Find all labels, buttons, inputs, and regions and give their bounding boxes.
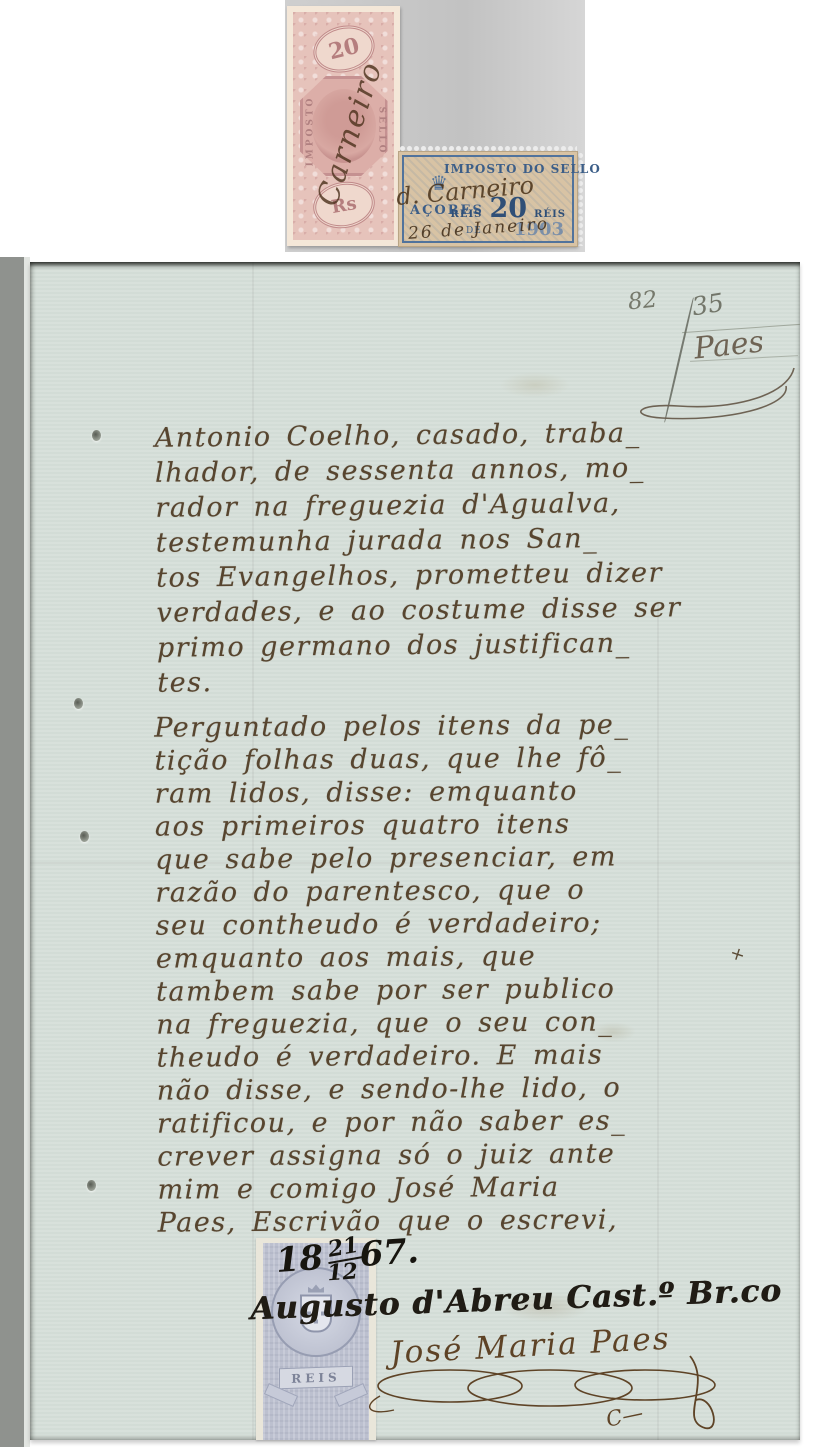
stamp-side-text-left: IMPOSTO [305, 96, 315, 167]
manuscript-paragraph-1: Antonio Coelho, casado, traba_ lhador, d… [155, 415, 683, 700]
stamp-engraving: 20 IMPOSTO SELLO Rs Carneiro [293, 12, 394, 240]
manuscript-line: ratificou, e por não saber es_ [157, 1104, 632, 1140]
scan-background-strip [0, 257, 24, 1447]
stamp-reis-banner: REIS [279, 1366, 353, 1390]
manuscript-line: crever assigna só o juiz ante [157, 1137, 632, 1173]
folio-number: 82 [627, 287, 659, 316]
manuscript-line: aos primeiros quatro itens [155, 807, 630, 843]
signature-flourish [618, 360, 808, 420]
punch-hole [80, 831, 89, 842]
date-year: 67. [358, 1231, 420, 1275]
margin-mark: + [727, 942, 748, 967]
manuscript-line: tambem sabe por ser publico [156, 972, 631, 1008]
paper-stain [500, 372, 570, 398]
stamp-side-text-right: SELLO [377, 107, 387, 156]
manuscript-line: Antonio Coelho, casado, traba_ [155, 415, 680, 455]
scan-canvas: 20 IMPOSTO SELLO Rs Carneiro IMPOSTO DO … [0, 0, 815, 1447]
fold-line [657, 602, 659, 1440]
date-month: 12 [324, 1260, 360, 1284]
manuscript-line: lhador, de sessenta annos, mo_ [155, 450, 680, 490]
date-century: 18 [275, 1238, 325, 1281]
manuscript-line: theudo é verdadeiro. E mais [156, 1038, 631, 1074]
revenue-stamp-blue: IMPOSTO DO SELLO ♛ AÇORES RÉIS 20 RÉIS D… [399, 152, 577, 246]
manuscript-line: testemunha jurada nos San_ [156, 520, 681, 560]
date-fraction: 2112 [323, 1236, 361, 1284]
stamp-frame: IMPOSTO DO SELLO ♛ AÇORES RÉIS 20 RÉIS D… [402, 155, 574, 243]
punch-hole [87, 1180, 96, 1191]
perforation-edge [399, 145, 577, 152]
manuscript-line: tes. [157, 660, 682, 700]
manuscript-paragraph-2: Perguntado pelos itens da pe_ tição folh… [154, 708, 633, 1239]
punch-hole [74, 698, 83, 709]
manuscript-line: seu contheudo é verdadeiro; [156, 906, 631, 942]
manuscript-line: tos Evangelhos, prometteu dizer [156, 555, 681, 595]
manuscript-line: Perguntado pelos itens da pe_ [154, 708, 629, 744]
punch-hole [92, 430, 101, 441]
manuscript-line: que sabe pelo presenciar, em [155, 840, 630, 876]
document-page: 82 35 Paes Antonio Coelho, casado, traba… [30, 262, 800, 1440]
amount-annotation: 35 [690, 288, 726, 322]
manuscript-line: razão do parentesco, que o [155, 873, 630, 909]
manuscript-line: verdades, e ao costume disse ser [156, 590, 681, 630]
manuscript-line: ram lidos, disse: emquanto [155, 774, 630, 810]
manuscript-line: na freguezia, que o seu con_ [156, 1005, 631, 1041]
manuscript-line: mim e comigo José Maria [157, 1170, 632, 1206]
revenue-stamp-pink: 20 IMPOSTO SELLO Rs Carneiro [287, 6, 400, 246]
manuscript-line: tição folhas duas, que lhe fô_ [154, 741, 629, 777]
date-annotation: 18211267. [275, 1231, 421, 1288]
manuscript-line: rador na freguezia d'Agualva, [155, 485, 680, 525]
manuscript-line: primo germano dos justifican_ [157, 625, 682, 665]
manuscript-line: não disse, e sendo-lhe lido, o [157, 1071, 632, 1107]
manuscript-line: emquanto aos mais, que [156, 939, 631, 975]
